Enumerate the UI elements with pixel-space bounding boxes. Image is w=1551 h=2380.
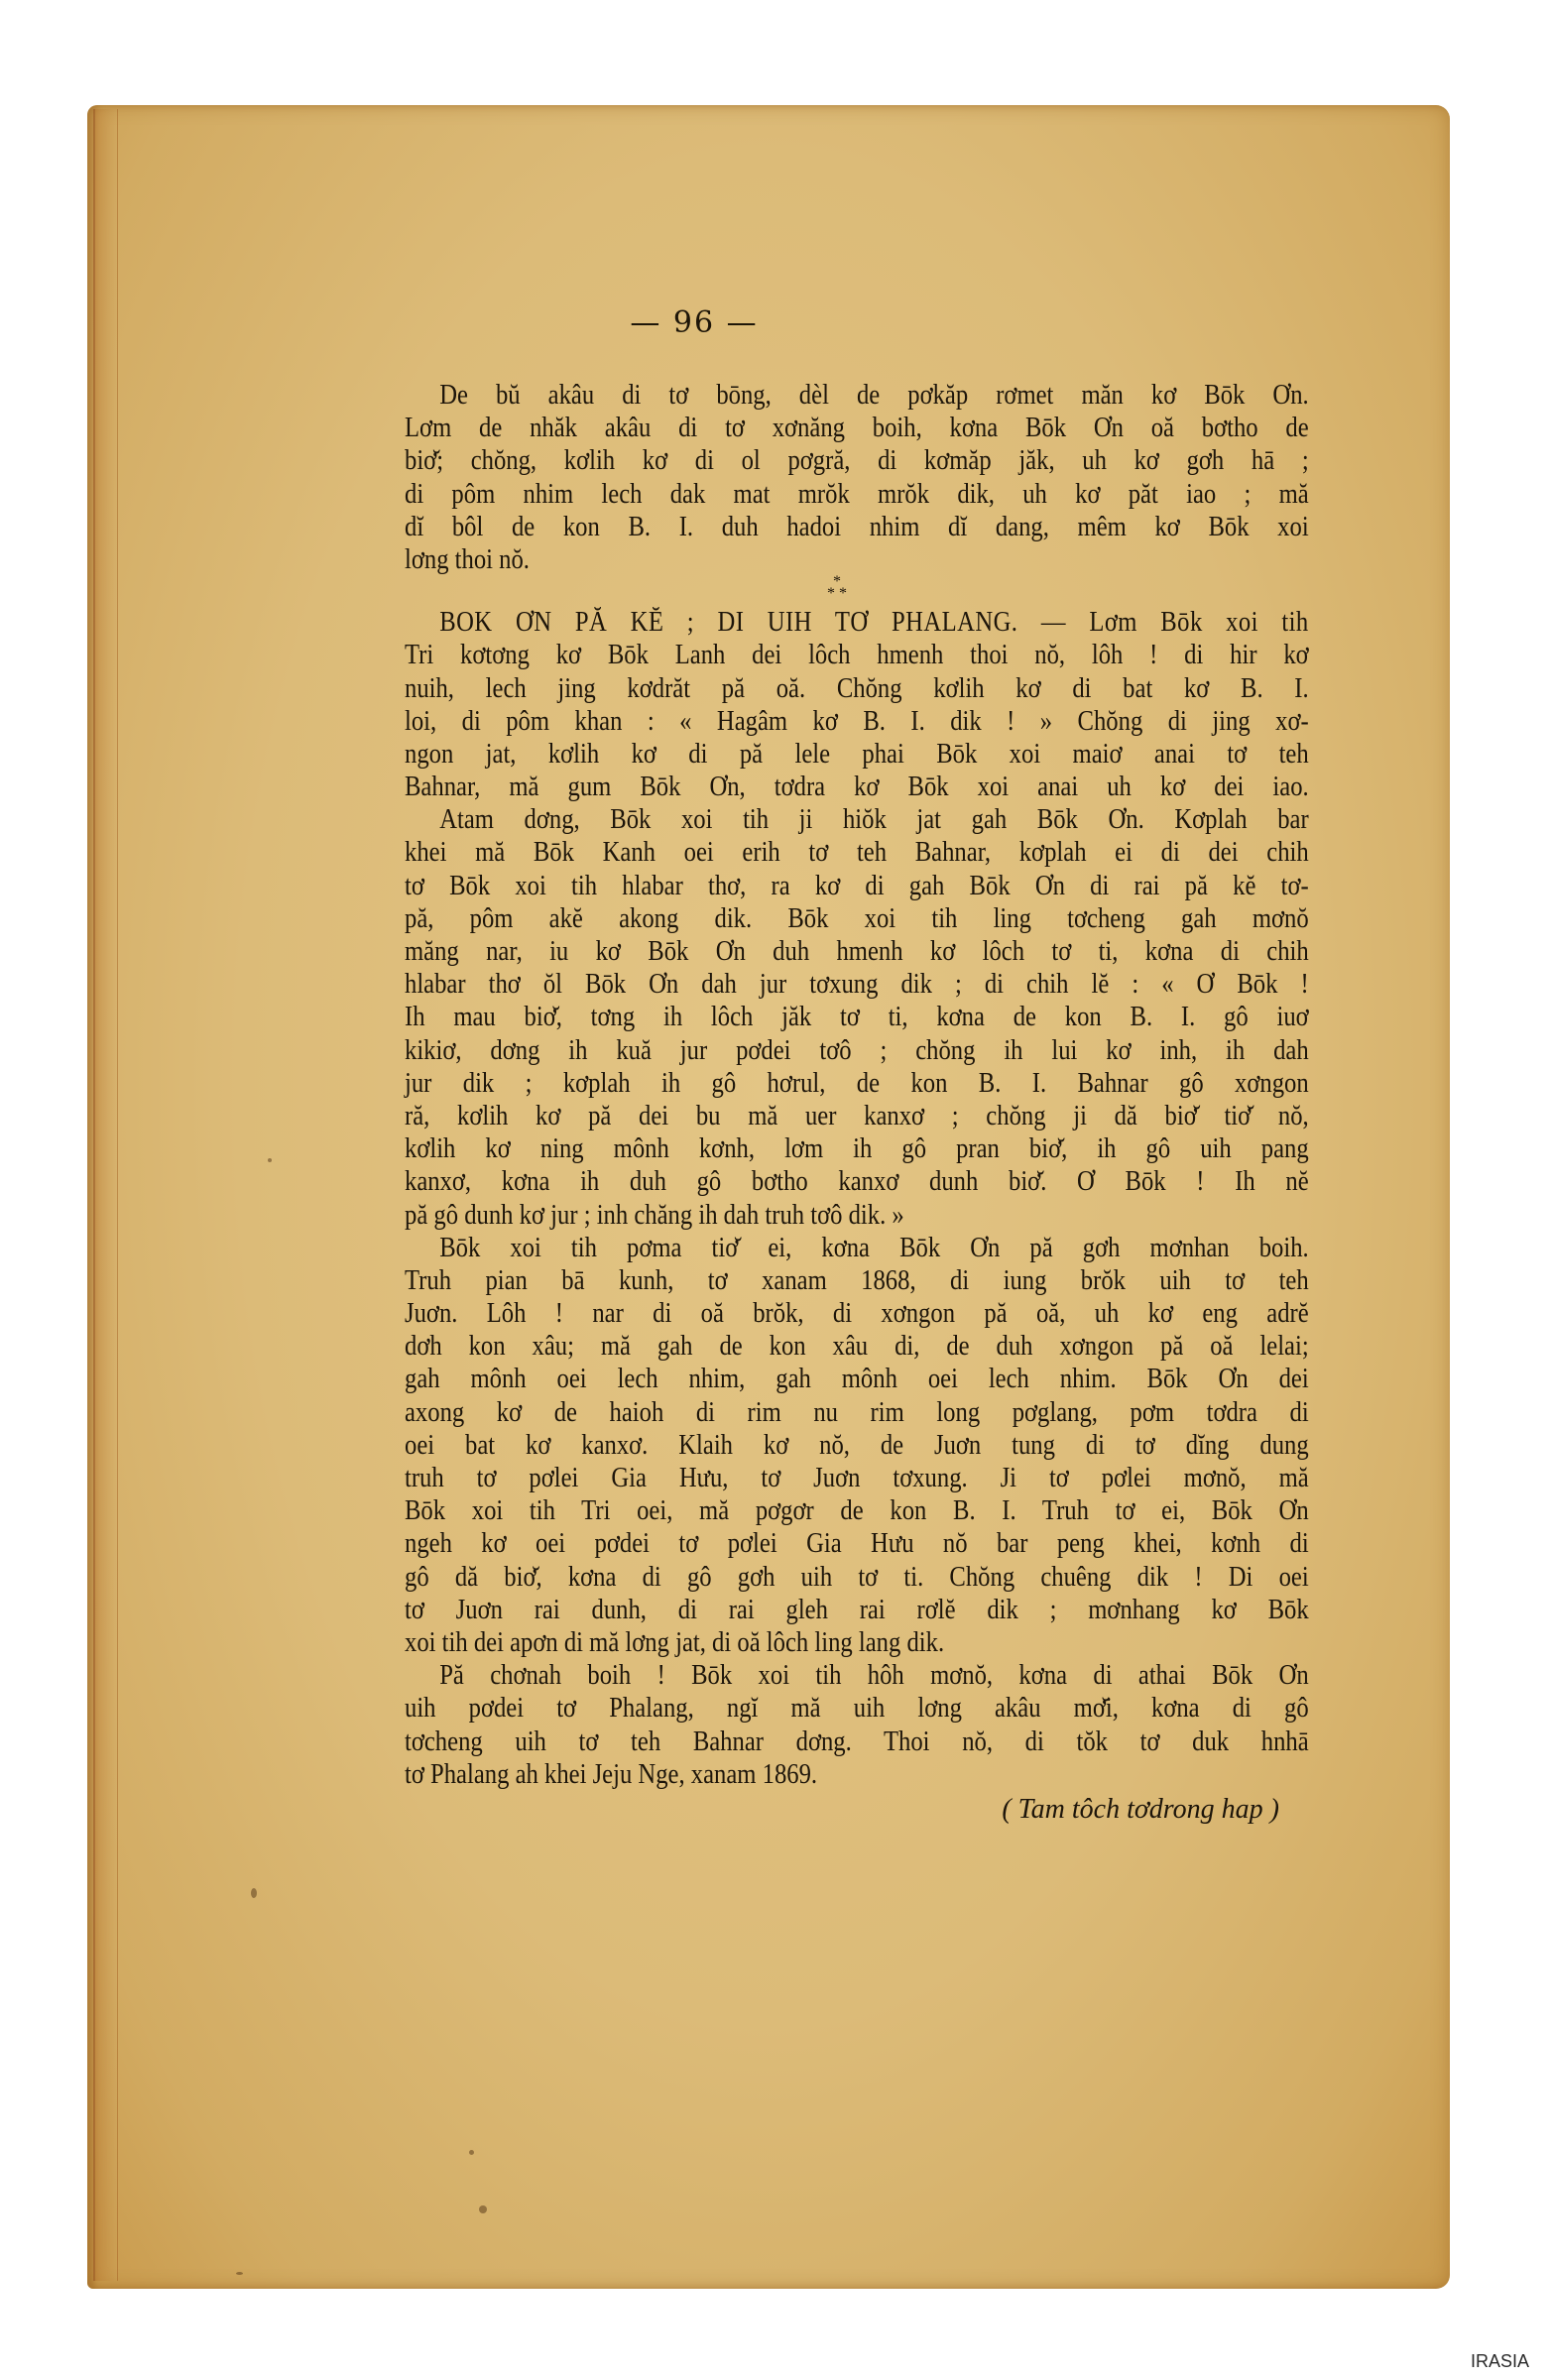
text-line: kikiơ, dơng ih kuă jur pơdei tơô ; chŏng… [405,1034,1309,1067]
text-line: măng nar, iu kơ Bōk Ơn duh hmenh kơ lôch… [405,935,1309,968]
text-line: jur dik ; kơplah ih gô hơrul, de kon B. … [405,1067,1309,1100]
section-heading-line: BOK ƠN PĂ KĔ ; DI UIH TƠ PHALANG. — Lơm … [405,606,1309,639]
text-line: uih pơdei tơ Phalang, ngĭ mă uih lơng ak… [405,1692,1309,1725]
text-line: Lơm de nhăk akâu di tơ xơnăng boih, kơna… [405,412,1309,444]
text-line: truh tơ pơlei Gia Hưu, tơ Juơn tơxung. J… [405,1462,1309,1494]
text-line: Pă chơnah boih ! Bōk xoi tih hôh mơnŏ, k… [405,1659,1309,1692]
text-line: kanxơ, kơna ih duh gô bơtho kanxơ dunh b… [405,1165,1309,1198]
paper-speck [469,2150,474,2155]
text-line: Truh pian bā kunh, tơ xanam 1868, di iun… [405,1264,1309,1297]
paper-speck [236,2272,243,2275]
text-line: Bōk xoi tih Tri oei, mă pơgơr de kon B. … [405,1494,1309,1527]
text-line: De bŭ akâu di tơ bōng, dèl de pơkăp rơme… [405,379,1309,412]
text-line: gah mônh oei lech nhim, gah mônh oei lec… [405,1363,1309,1395]
text-line: Juơn. Lôh ! nar di oă brŏk, di xơngon pă… [405,1297,1309,1330]
text-line: tơ Juơn rai dunh, di rai gleh rai rơlĕ d… [405,1594,1309,1626]
text-line: tơcheng uih tơ teh Bahnar dơng. Thoi nŏ,… [405,1725,1309,1758]
text-line: nuih, lech jing kơdrăt pă oă. Chŏng kơli… [405,672,1309,705]
asterism-bottom: * * [365,588,1309,600]
text-line: lơng thoi nŏ. [405,543,1309,576]
archive-watermark: IRASIA [1471,2351,1529,2372]
paper-speck [479,2205,487,2213]
text-line: kơlih kơ ning mônh kơnh, lơm ih gô pran … [405,1132,1309,1165]
scanned-page: — 96 — De bŭ akâu di tơ bōng, dèl de pơk… [87,105,1450,2289]
text-line: biơ̆; chŏng, kơlih kơ di ol pơgră, di kơ… [405,444,1309,477]
text-line: pă, pôm akĕ akong dik. Bōk xoi tih ling … [405,902,1309,935]
text-line: xoi tih dei apơn di mă lơng jat, di oă l… [405,1626,1309,1659]
text-line: tơ Phalang ah khei Jeju Nge, xanam 1869. [405,1758,1309,1791]
text-line: ngeh kơ oei pơdei tơ pơlei Gia Hưu nŏ ba… [405,1527,1309,1560]
text-line: khei mă Bōk Kanh oei erih tơ teh Bahnar,… [405,836,1309,869]
continuation-note: ( Tam tôch tơdrong hap ) [405,1793,1309,1829]
text-line: pă gô dunh kơ jur ; inh chăng ih dah tru… [405,1199,1309,1232]
text-line: loi, di pôm khan : « Hagâm kơ B. I. dik … [405,705,1309,738]
text-line: Ih mau biơ̆, tơng ih lôch jăk tơ ti, kơn… [405,1001,1309,1033]
text-line: axong kơ de haioh di rim nu rim long pơg… [405,1396,1309,1429]
text-line: Bōk xoi tih pơma tiơ̆ ei, kơna Bōk Ơn pă… [405,1232,1309,1264]
text-line: Tri kơtơng kơ Bōk Lanh dei lôch hmenh th… [405,639,1309,671]
page-number: — 96 — [13,305,1375,340]
text-line: ngon jat, kơlih kơ di pă lele phai Bōk x… [405,738,1309,771]
paper-speck [268,1158,272,1162]
text-line: Atam dơng, Bōk xoi tih ji hiŏk jat gah B… [405,803,1309,836]
paper-speck [251,1888,257,1898]
text-line: dĭ bôl de kon B. I. duh hadoi nhim dĭ da… [405,511,1309,543]
text-line: tơ Bōk xoi tih hlabar thơ, ra kơ di gah … [405,870,1309,902]
page-binding-edge [93,109,118,2281]
body-text: De bŭ akâu di tơ bōng, dèl de pơkăp rơme… [405,379,1309,1829]
section-asterism: * * * [365,576,1309,606]
text-line: oei bat kơ kanxơ. Klaih kơ nŏ, de Juơn t… [405,1429,1309,1462]
text-line: hlabar thơ ŏl Bōk Ơn dah jur tơxung dik … [405,968,1309,1001]
text-line: gô dă biơ̆, kơna di gô gơh uih tơ ti. Ch… [405,1561,1309,1594]
text-line: ră, kơlih kơ pă dei bu mă uer kanxơ ; ch… [405,1100,1309,1132]
text-line: di pôm nhim lech dak mat mrŏk mrŏk dik, … [405,478,1309,511]
text-line: Bahnar, mă gum Bōk Ơn, tơdra kơ Bōk xoi … [405,771,1309,803]
text-line: dơh kon xâu; mă gah de kon xâu di, de du… [405,1330,1309,1363]
